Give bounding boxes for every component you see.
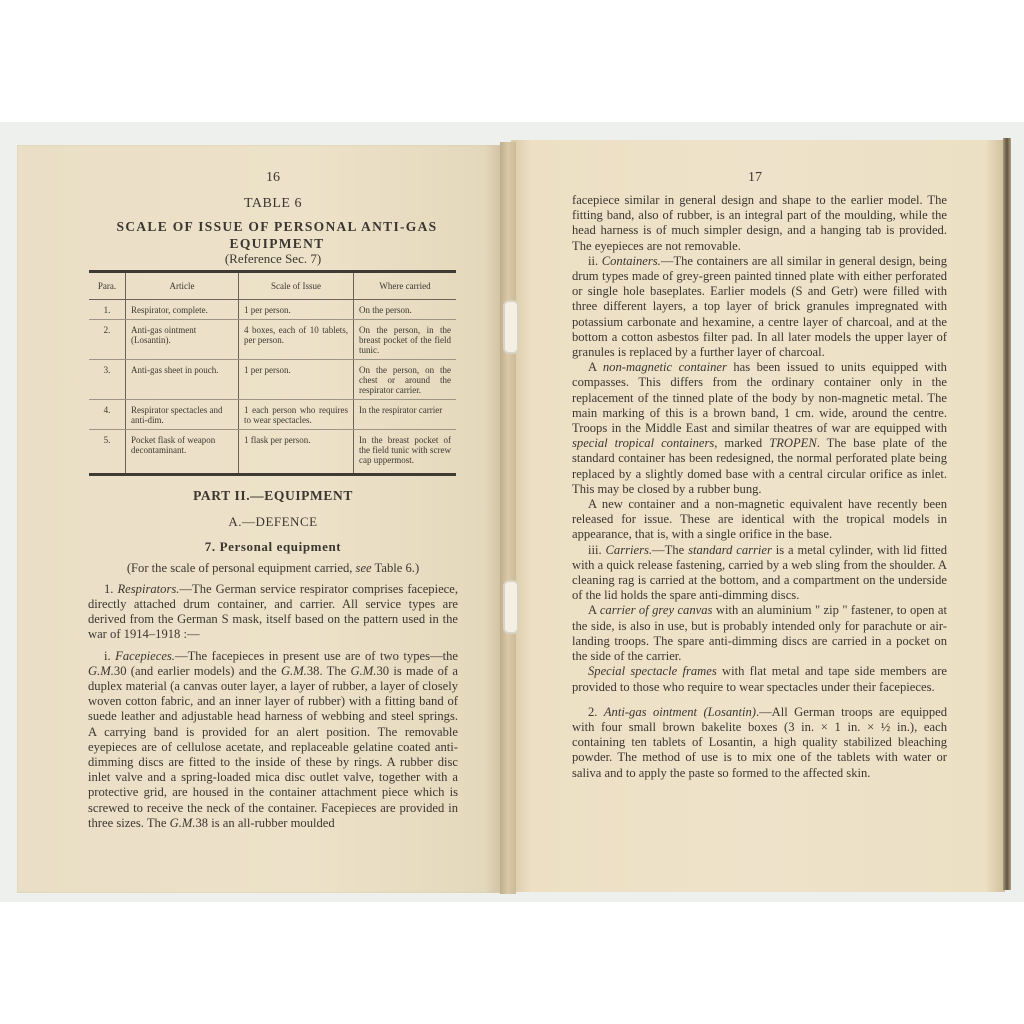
cell-where: On the person. (354, 300, 457, 320)
cell-article: Respirator, complete. (126, 300, 239, 320)
table-label: TABLE 6 (88, 196, 458, 212)
page-number-right: 17 (735, 170, 775, 186)
col-header-scale: Scale of Issue (239, 272, 354, 300)
page-number-left: 16 (253, 170, 293, 186)
book-spine (500, 142, 516, 894)
cell-scale: 1 each person who requires to wear spect… (239, 400, 354, 430)
table-reference: (Reference Sec. 7) (88, 251, 458, 267)
cell-article: Anti-gas ointment (Losantin). (126, 320, 239, 360)
paragraph-continuation: facepiece similar in general design and … (572, 193, 947, 254)
staple-bottom (503, 580, 519, 634)
paragraph-containers: ii. Containers.—The containers are all s… (572, 254, 947, 360)
section-heading: 7. Personal equipment (88, 539, 458, 554)
table-row: 4.Respirator spectacles and anti-dim.1 e… (89, 400, 456, 430)
paragraph-carriers: iii. Carriers.—The standard carrier is a… (572, 543, 947, 604)
col-header-article: Article (126, 272, 239, 300)
cell-para: 1. (89, 300, 126, 320)
table-header-row: Para. Article Scale of Issue Where carri… (89, 272, 456, 300)
cell-where: On the person, in the breast pocket of t… (354, 320, 457, 360)
paragraph-ointment: 2. Anti-gas ointment (Losantin).—All Ger… (572, 705, 947, 781)
cell-scale: 4 boxes, each of 10 tablets, per person. (239, 320, 354, 360)
table-row: 1.Respirator, complete.1 per person.On t… (89, 300, 456, 320)
part-heading: PART II.—EQUIPMENT (88, 488, 458, 503)
staple-top (503, 300, 519, 354)
col-header-where: Where carried (354, 272, 457, 300)
paragraph-new-container: A new container and a non-magnetic equiv… (572, 497, 947, 543)
cell-article: Respirator spectacles and anti-dim. (126, 400, 239, 430)
cell-para: 4. (89, 400, 126, 430)
section-note: (For the scale of personal equipment car… (88, 561, 458, 576)
cell-para: 5. (89, 430, 126, 475)
cell-scale: 1 per person. (239, 300, 354, 320)
left-body: PART II.—EQUIPMENT A.—DEFENCE 7. Persona… (88, 488, 458, 831)
cell-para: 2. (89, 320, 126, 360)
paragraph-facepieces: i. Facepieces.—The facepieces in present… (88, 649, 458, 831)
cell-where: In the respirator carrier (354, 400, 457, 430)
cell-article: Pocket flask of weapon decontaminant. (126, 430, 239, 475)
paragraph-non-magnetic: A non-magnetic container has been issued… (572, 360, 947, 497)
cell-scale: 1 flask per person. (239, 430, 354, 475)
subsection-heading: A.—DEFENCE (88, 514, 458, 529)
cell-scale: 1 per person. (239, 360, 354, 400)
page-edge (1003, 138, 1011, 890)
col-header-para: Para. (89, 272, 126, 300)
paragraph-spectacles: Special spectacle frames with flat metal… (572, 664, 947, 694)
table-row: 5.Pocket flask of weapon decontaminant.1… (89, 430, 456, 475)
cell-where: In the breast pocket of the field tunic … (354, 430, 457, 475)
paragraph-canvas-carrier: A carrier of grey canvas with an alumini… (572, 603, 947, 664)
table-row: 3.Anti-gas sheet in pouch.1 per person.O… (89, 360, 456, 400)
table-title: SCALE OF ISSUE OF PERSONAL ANTI-GAS EQUI… (92, 218, 462, 252)
issue-table: Para. Article Scale of Issue Where carri… (89, 270, 456, 476)
table-row: 2.Anti-gas ointment (Losantin).4 boxes, … (89, 320, 456, 360)
cell-para: 3. (89, 360, 126, 400)
cell-article: Anti-gas sheet in pouch. (126, 360, 239, 400)
paragraph-respirators: 1. Respirators.—The German service respi… (88, 582, 458, 643)
cell-where: On the person, on the chest or around th… (354, 360, 457, 400)
right-body: facepiece similar in general design and … (572, 193, 947, 781)
